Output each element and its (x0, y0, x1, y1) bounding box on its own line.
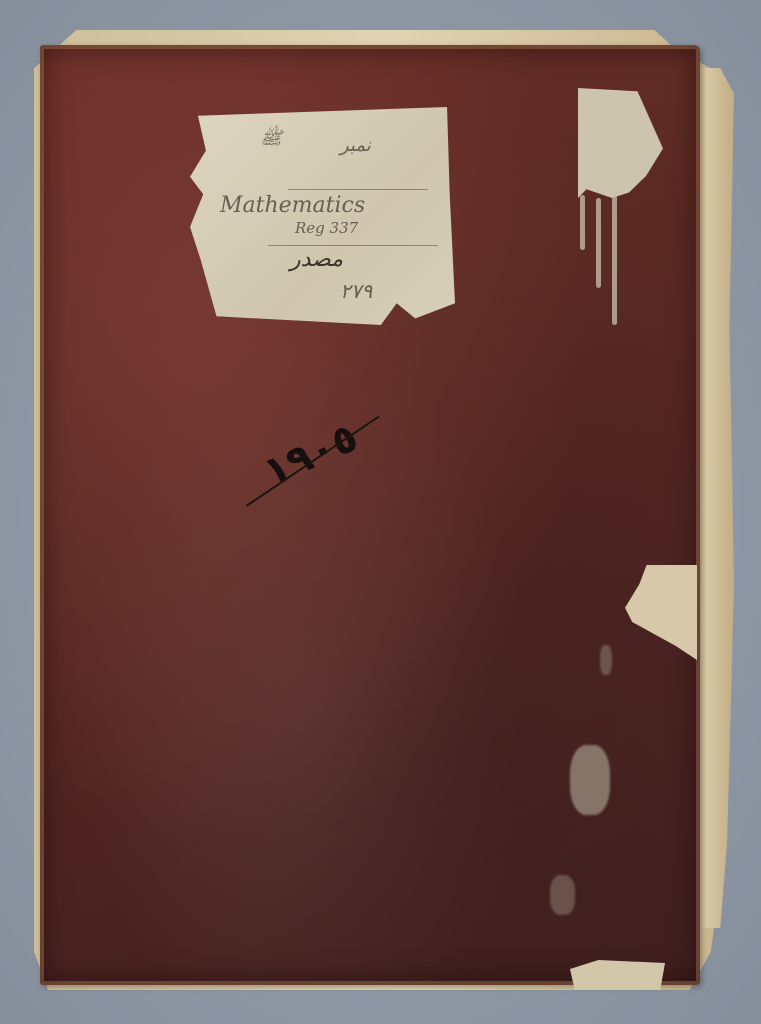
stain-drip (612, 195, 617, 325)
label-rule (288, 189, 428, 190)
label-line-1-left: ﷺ (260, 127, 282, 153)
label-line-1-right: نمبر (340, 135, 371, 156)
scuff-mark (600, 645, 612, 675)
photo-scene: ﷺ نمبر Mathematics Reg 337 مصدر ۲۷۹ ١٩٠٥ (0, 0, 761, 1024)
torn-bottom-edge (570, 960, 665, 990)
label-arabic: مصدر (290, 247, 343, 272)
stain-drip (596, 198, 601, 288)
stain-drip (580, 195, 585, 250)
scuff-mark (570, 745, 610, 815)
scuff-mark (550, 875, 575, 915)
paper-label: ﷺ نمبر Mathematics Reg 337 مصدر ۲۷۹ (190, 107, 455, 325)
label-reg: Reg 337 (295, 219, 358, 237)
label-rule (268, 245, 438, 246)
label-number: ۲۷۹ (340, 279, 372, 303)
label-title: Mathematics (220, 193, 365, 218)
